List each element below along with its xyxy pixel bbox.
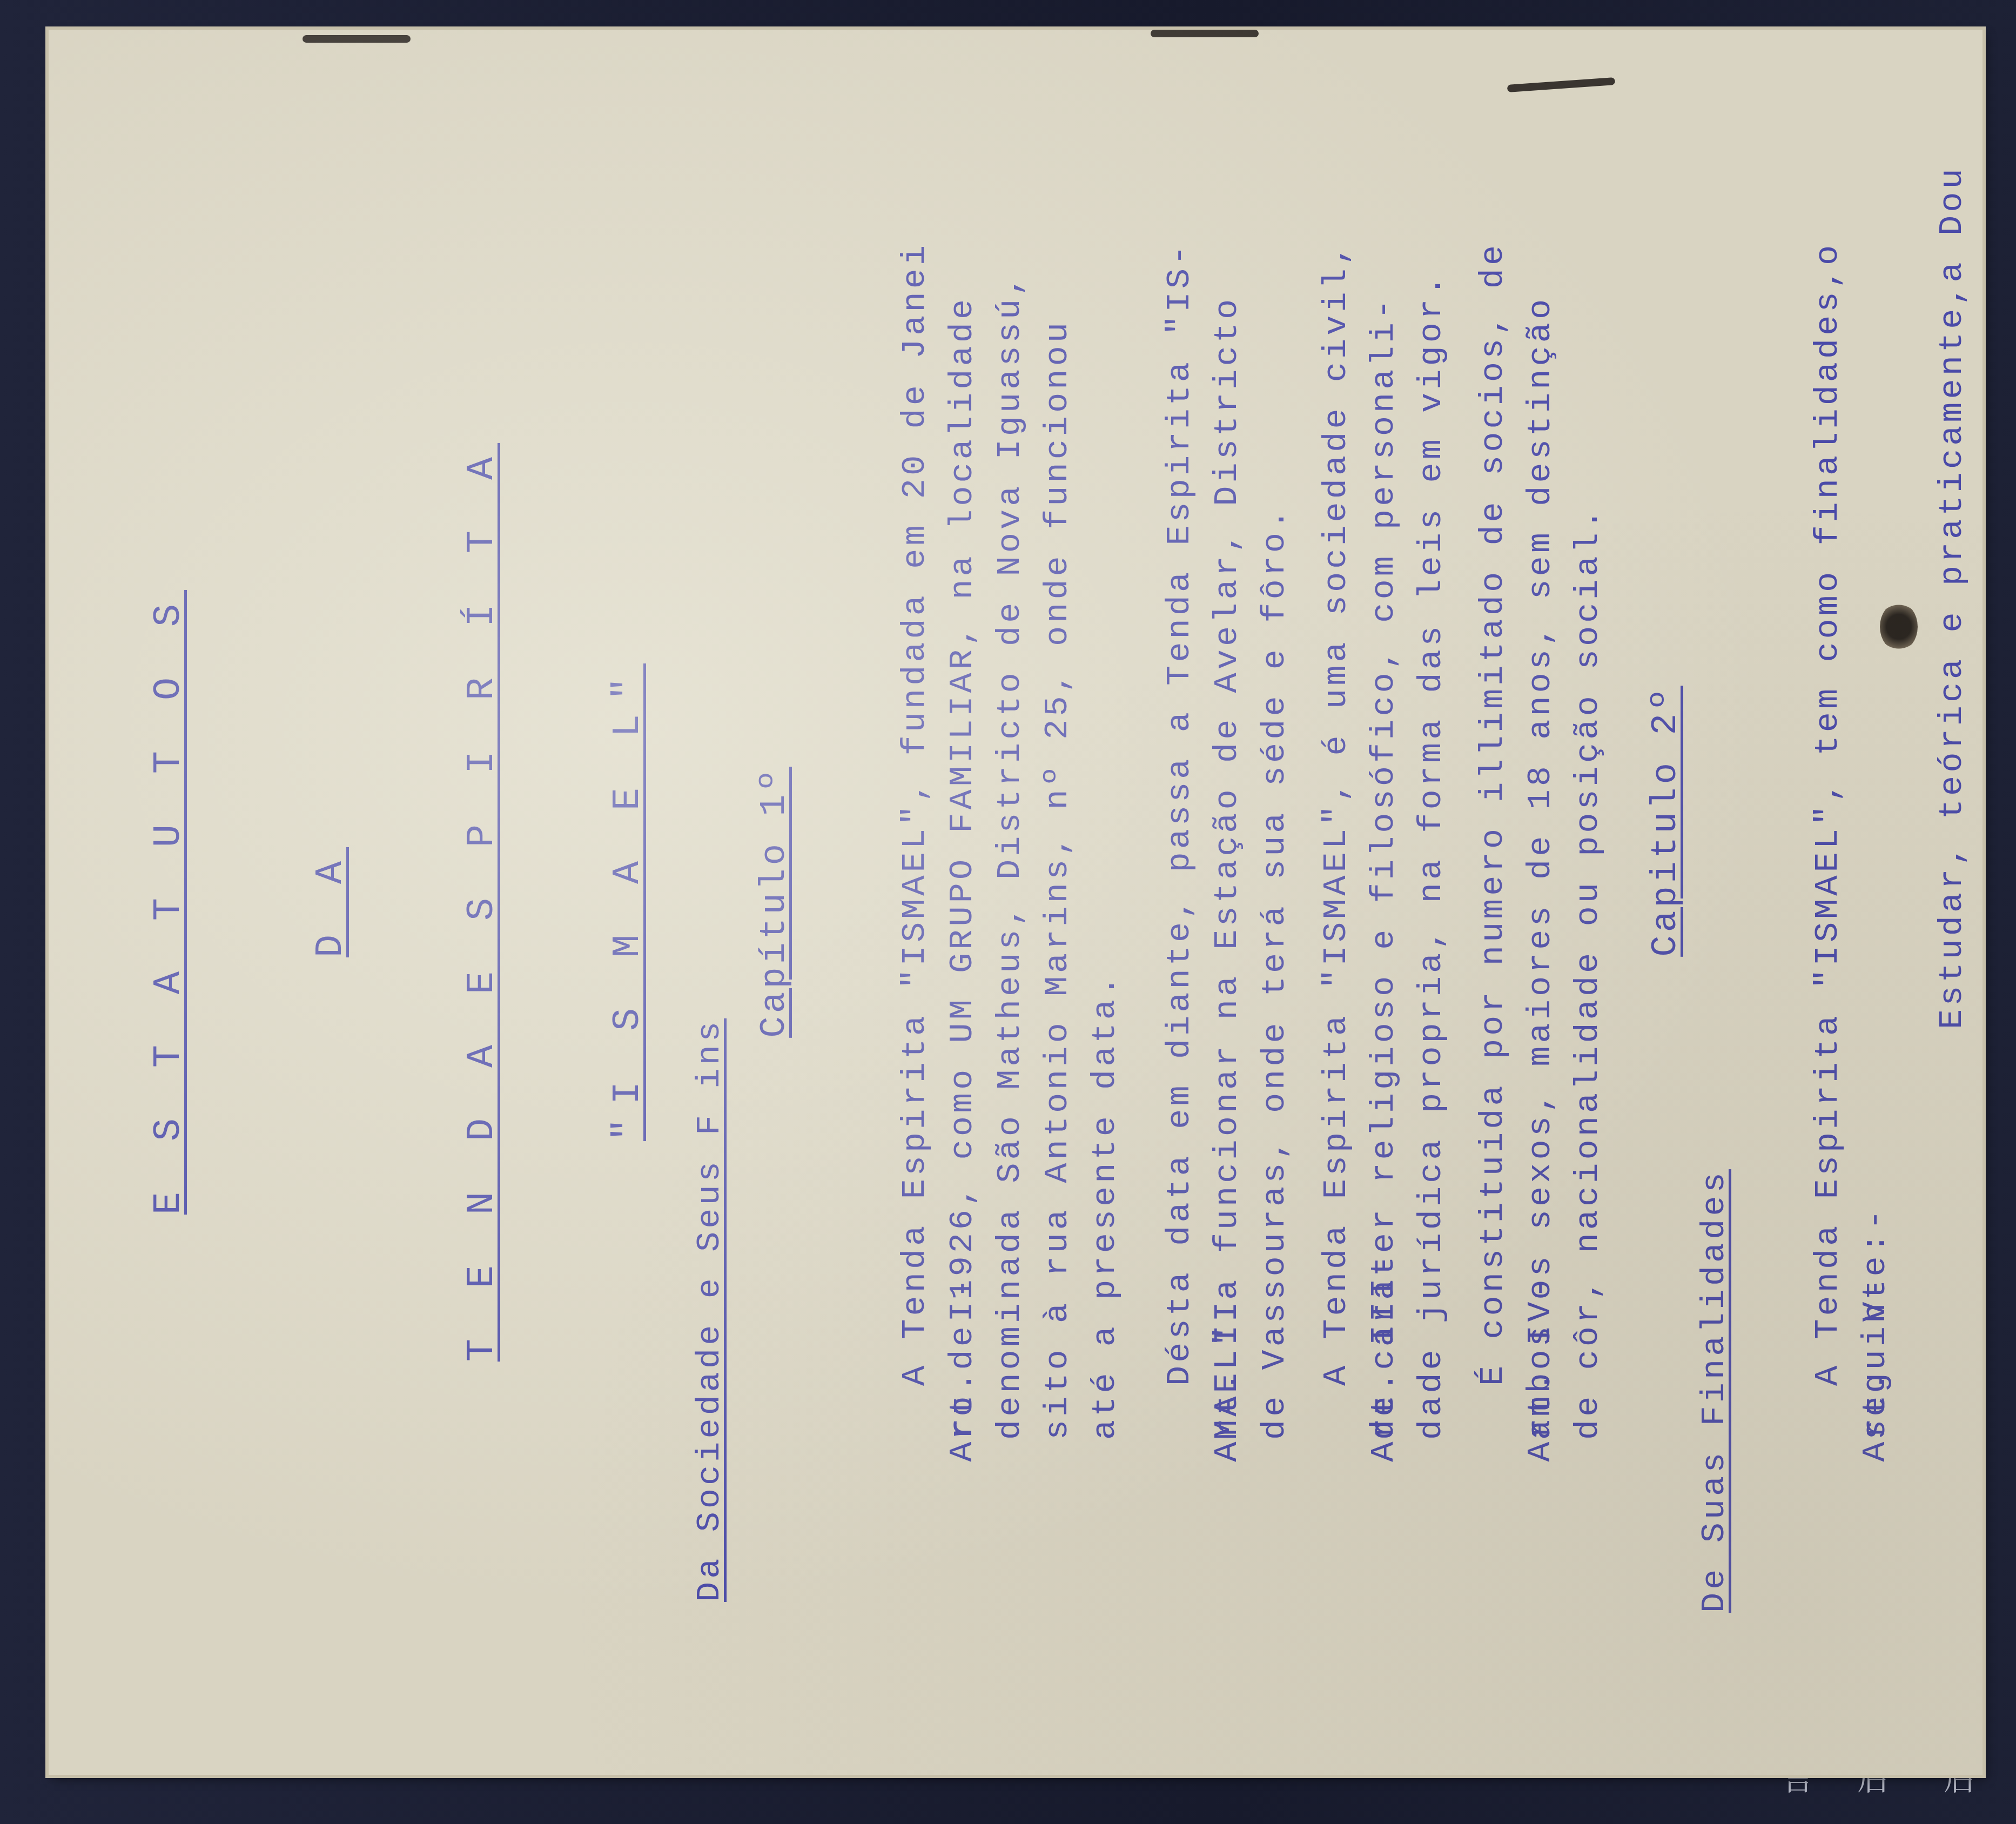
article-2-text: Désta data em diante, passa a Tenda Espi… (1156, 242, 1299, 1386)
document-paper: E S T A T U T O S D A T E N D A E S P I … (49, 30, 1983, 1775)
document-title: E S T A T U T O S (146, 30, 193, 1775)
organization-name: T E N D A E S P I R Í T A (459, 30, 507, 1775)
chapter-1-heading: Capítulo 1º (751, 30, 798, 1775)
document-subtitle: D A (308, 30, 355, 1775)
section-title-finalidades: De Suas Finalidades (1691, 1169, 1738, 1613)
article-4-text: É constituida por numero illimitado de s… (1469, 242, 1612, 1386)
typed-page: E S T A T U T O S D A T E N D A E S P I … (49, 30, 1983, 1775)
article-3-text: A Tenda Espirita "ISMAEL", é uma socieda… (1313, 242, 1455, 1386)
section-title-sociedade: Da Sociedade e Seus F ins (686, 1018, 734, 1602)
article-1-text: A Tenda Espirita "ISMAEL", fundada em 20… (891, 242, 1129, 1386)
organization-quoted: "I S M A E L" (605, 30, 653, 1775)
article-5-text: A Tenda Espirita "ISMAEL", tem como fina… (1804, 242, 1899, 1386)
item-a-text: Estudar, teórica e praticamente,a Doutri… (1928, 165, 1983, 1029)
chapter-2-heading: Capitulo 2º (1642, 30, 1690, 1775)
